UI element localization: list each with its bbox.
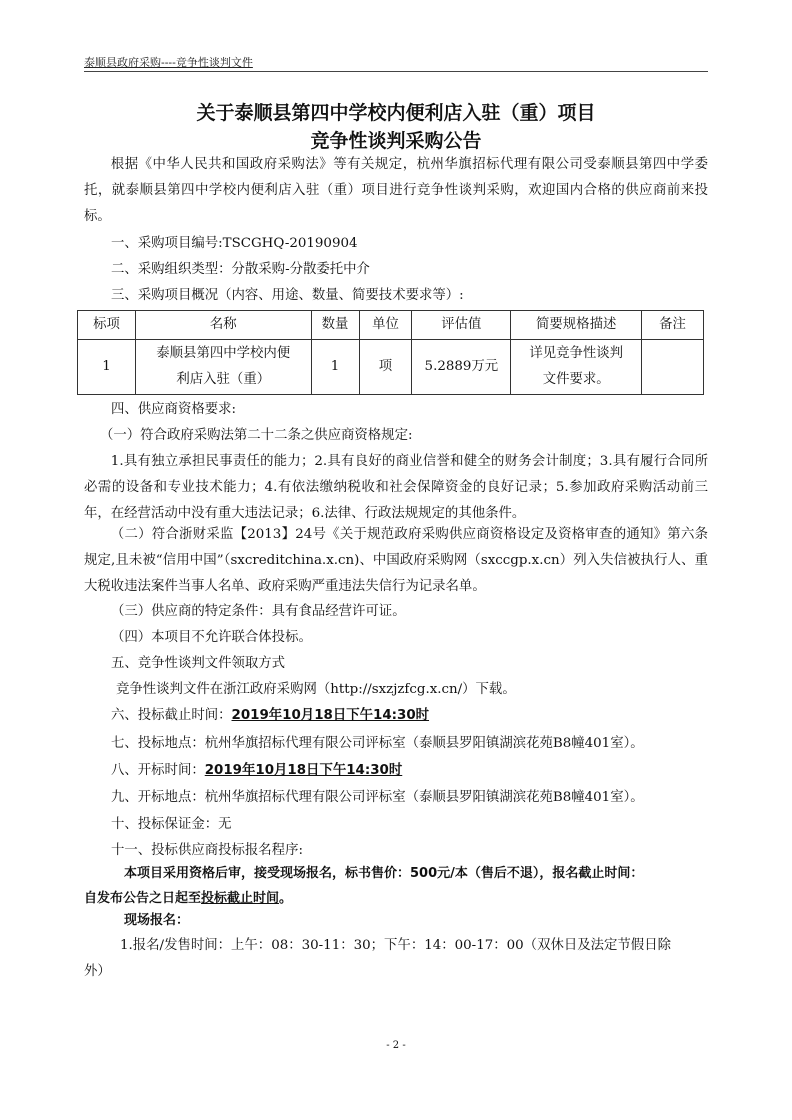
col-header-unit: 单位	[359, 311, 412, 340]
opening-time-value: 2019年10月18日下午14:30时	[205, 763, 403, 778]
procurement-items-table: 标项 名称 数量 单位 评估值 简要规格描述 备注 1 泰顺县第四中学校内便 利…	[77, 310, 704, 395]
section-4-1-heading: （一）符合政府采购法第二十二条之供应商资格规定:	[84, 423, 724, 449]
cell-item-no: 1	[78, 340, 136, 395]
section-1-project-number: 一、采购项目编号:TSCGHQ-20190904	[84, 231, 735, 257]
running-header: 泰顺县政府采购----竞争性谈判文件	[84, 56, 708, 70]
cell-spec-line1: 详见竞争性谈判	[515, 341, 637, 367]
cell-name: 泰顺县第四中学校内便 利店入驻（重）	[135, 340, 311, 395]
document-title-line2: 竞争性谈判采购公告	[84, 126, 708, 153]
col-header-estimate: 评估值	[412, 311, 511, 340]
section-2-org-type: 二、采购组织类型：分散采购-分散委托中介	[84, 257, 735, 283]
section-9-opening-location: 九、开标地点：杭州华旗招标代理有限公司评标室（泰顺县罗阳镇湖滨花苑B8幢401室…	[84, 785, 735, 811]
col-header-spec: 简要规格描述	[511, 311, 642, 340]
intro-paragraph: 根据《中华人民共和国政府采购法》等有关规定，杭州华旗招标代理有限公司受泰顺县第四…	[84, 152, 708, 230]
section-7-bid-location: 七、投标地点：杭州华旗招标代理有限公司评标室（泰顺县罗阳镇湖滨花苑B8幢401室…	[84, 731, 735, 757]
section-4-qualifications: 四、供应商资格要求:	[84, 397, 735, 423]
registration-terms-line1: 本项目采用资格后审，接受现场报名，标书售价：500元/本（售后不退），报名截止时…	[84, 861, 748, 887]
col-header-remark: 备注	[642, 311, 704, 340]
header-divider	[84, 71, 708, 72]
cell-spec-line2: 文件要求。	[515, 367, 637, 393]
cell-remark	[642, 340, 704, 395]
period-mark: 。	[279, 891, 292, 906]
deadline-label: 六、投标截止时间：	[111, 708, 232, 723]
document-page: 泰顺县政府采购----竞争性谈判文件 关于泰顺县第四中学校内便利店入驻（重）项目…	[0, 0, 792, 1120]
cell-quantity: 1	[311, 340, 359, 395]
registration-period-text: 自发布公告之日起至	[84, 891, 201, 906]
cell-unit: 项	[359, 340, 412, 395]
deadline-value: 2019年10月18日下午14:30时	[232, 708, 430, 723]
registration-deadline-ref: 投标截止时间	[201, 891, 279, 906]
section-10-bid-bond: 十、投标保证金：无	[84, 812, 735, 838]
cell-estimate: 5.2889万元	[412, 340, 511, 395]
registration-hours-line2: 外）	[84, 959, 708, 985]
onsite-registration-heading: 现场报名：	[84, 908, 748, 934]
section-4-2-detail: （二）符合浙财采监【2013】24号《关于规范政府采购供应商资格设定及资格审查的…	[84, 522, 708, 600]
cell-spec: 详见竞争性谈判 文件要求。	[511, 340, 642, 395]
document-title-line1: 关于泰顺县第四中学校内便利店入驻（重）项目	[84, 98, 708, 125]
section-4-3-special: （三）供应商的特定条件：具有食品经营许可证。	[84, 599, 735, 625]
section-4-4-consortium: （四）本项目不允许联合体投标。	[84, 625, 735, 651]
table-header-row: 标项 名称 数量 单位 评估值 简要规格描述 备注	[78, 311, 704, 340]
section-5-doc-retrieval: 五、竞争性谈判文件领取方式	[84, 651, 735, 677]
section-5-detail: 竞争性谈判文件在浙江政府采购网（http://sxzjzfcg.x.cn/）下载…	[84, 677, 740, 703]
page-number: - 2 -	[0, 1040, 792, 1051]
cell-name-line2: 利店入驻（重）	[140, 367, 307, 393]
section-6-deadline: 六、投标截止时间：2019年10月18日下午14:30时	[84, 703, 735, 729]
opening-time-label: 八、开标时间：	[111, 763, 205, 778]
col-header-quantity: 数量	[311, 311, 359, 340]
section-3-overview: 三、采购项目概况（内容、用途、数量、简要技术要求等）:	[84, 283, 735, 309]
col-header-name: 名称	[135, 311, 311, 340]
section-4-1-detail: 1.具有独立承担民事责任的能力；2.具有良好的商业信誉和健全的财务会计制度；3.…	[84, 449, 708, 527]
cell-name-line1: 泰顺县第四中学校内便	[140, 341, 307, 367]
registration-hours-line1: 1.报名/发售时间：上午：08：30-11：30；下午：14：00-17：00（…	[84, 933, 744, 959]
section-8-opening-time: 八、开标时间：2019年10月18日下午14:30时	[84, 758, 735, 784]
col-header-item-no: 标项	[78, 311, 136, 340]
table-row: 1 泰顺县第四中学校内便 利店入驻（重） 1 项 5.2889万元 详见竞争性谈…	[78, 340, 704, 395]
